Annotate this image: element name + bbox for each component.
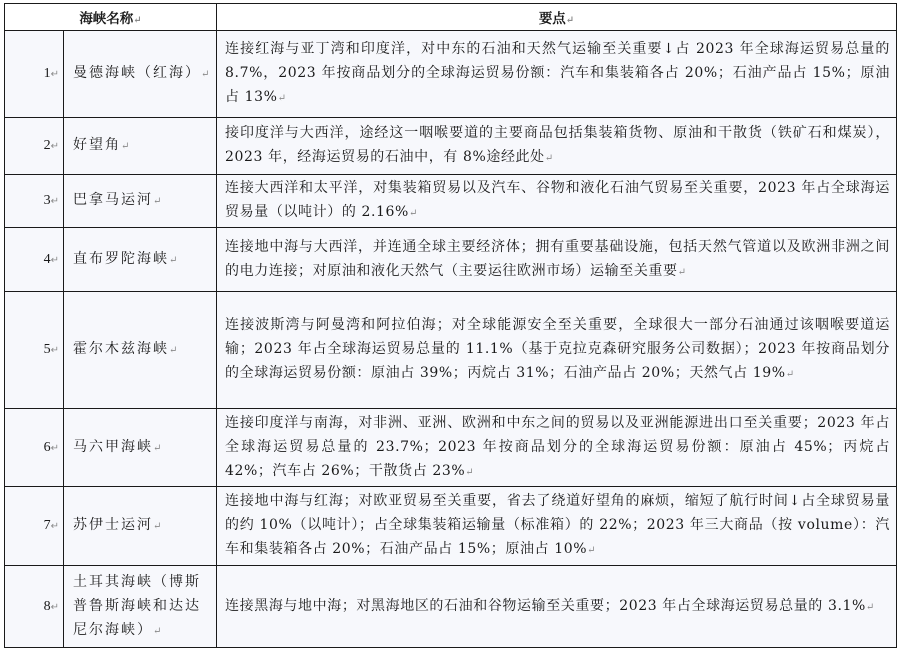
table-row: 5↵ 霍尔木兹海峡↵ 连接波斯湾与阿曼湾和阿拉伯海；对全球能源安全至关重要，全球… (5, 292, 897, 409)
row-index: 2↵ (5, 118, 64, 175)
paragraph-mark-icon: ↵ (587, 545, 595, 556)
key-points-text: 连接黑海与地中海；对黑海地区的石油和谷物运输至关重要；2023 年占全球海运贸易… (225, 598, 866, 614)
header-strait-name: 海峡名称↵ (5, 4, 217, 31)
paragraph-mark-icon: ↵ (51, 443, 59, 454)
strait-name-cell: 曼德海峡（红海）↵ (64, 31, 217, 118)
row-index: 6↵ (5, 409, 64, 487)
strait-name: 直布罗陀海峡 (73, 251, 169, 267)
strait-name: 霍尔木兹海峡 (73, 341, 169, 357)
paragraph-mark-icon: ↵ (51, 345, 59, 356)
row-index: 7↵ (5, 487, 64, 566)
row-index-value: 4 (44, 252, 51, 267)
paragraph-mark-icon: ↵ (866, 602, 874, 613)
strait-name-cell: 直布罗陀海峡↵ (64, 228, 217, 292)
row-index: 5↵ (5, 292, 64, 409)
paragraph-mark-icon: ↵ (51, 521, 59, 532)
table-row: 1↵ 曼德海峡（红海）↵ 连接红海与亚丁湾和印度洋，对中东的石油和天然气运输至关… (5, 31, 897, 118)
table-header-row: 海峡名称↵ 要点↵ (5, 4, 897, 31)
row-index-value: 5 (44, 342, 51, 357)
key-points-text: 连接地中海与红海；对欧亚贸易至关重要，省去了绕道好望角的麻烦，缩短了航行时间↓占… (225, 493, 890, 557)
table-row: 7↵ 苏伊士运河↵ 连接地中海与红海；对欧亚贸易至关重要，省去了绕道好望角的麻烦… (5, 487, 897, 566)
straits-table: 海峡名称↵ 要点↵ 1↵ 曼德海峡（红海）↵ 连接红海与亚丁湾和印度洋，对中东的… (4, 3, 897, 648)
paragraph-mark-icon: ↵ (545, 153, 553, 164)
strait-name: 马六甲海峡 (73, 439, 153, 455)
paragraph-mark-icon: ↵ (133, 15, 141, 26)
key-points-cell: 连接地中海与红海；对欧亚贸易至关重要，省去了绕道好望角的麻烦，缩短了航行时间↓占… (217, 487, 897, 566)
key-points-cell: 连接大西洋和太平洋，对集装箱贸易以及汽车、谷物和液化石油气贸易至关重要，2023… (217, 175, 897, 228)
strait-name: 苏伊士运河 (73, 517, 153, 533)
strait-name-cell: 霍尔木兹海峡↵ (64, 292, 217, 409)
strait-name-cell: 苏伊士运河↵ (64, 487, 217, 566)
paragraph-mark-icon: ↵ (51, 69, 59, 80)
strait-name-cell: 好望角↵ (64, 118, 217, 175)
table-row: 8↵ 土耳其海峡（博斯普鲁斯海峡和达达尼尔海峡）↵ 连接黑海与地中海；对黑海地区… (5, 566, 897, 648)
table-row: 2↵ 好望角↵ 接印度洋与大西洋，途经这一咽喉要道的主要商品包括集装箱货物、原油… (5, 118, 897, 175)
paragraph-mark-icon: ↵ (409, 208, 417, 219)
paragraph-mark-icon: ↵ (153, 196, 161, 207)
key-points-text: 连接大西洋和太平洋，对集装箱贸易以及汽车、谷物和液化石油气贸易至关重要，2023… (225, 180, 890, 220)
paragraph-mark-icon: ↵ (153, 626, 161, 637)
header-strait-name-label: 海峡名称 (79, 11, 133, 27)
paragraph-mark-icon: ↵ (169, 255, 177, 266)
key-points-text: 接印度洋与大西洋，途经这一咽喉要道的主要商品包括集装箱货物、原油和干散货（铁矿石… (225, 125, 890, 165)
header-key-points-label: 要点 (539, 11, 566, 27)
row-index-value: 2 (44, 138, 51, 153)
strait-name-cell: 土耳其海峡（博斯普鲁斯海峡和达达尼尔海峡）↵ (64, 566, 217, 648)
strait-name: 巴拿马运河 (73, 192, 153, 208)
row-index: 3↵ (5, 175, 64, 228)
paragraph-mark-icon: ↵ (786, 369, 794, 380)
key-points-text: 连接地中海与大西洋，并连通全球主要经济体；拥有重要基础设施，包括天然气管道以及欧… (225, 239, 890, 279)
strait-name: 好望角 (73, 137, 121, 153)
table-row: 6↵ 马六甲海峡↵ 连接印度洋与南海，对非洲、亚洲、欧洲和中东之间的贸易以及亚洲… (5, 409, 897, 487)
table-row: 4↵ 直布罗陀海峡↵ 连接地中海与大西洋，并连通全球主要经济体；拥有重要基础设施… (5, 228, 897, 292)
header-key-points: 要点↵ (217, 4, 897, 31)
paragraph-mark-icon: ↵ (153, 521, 161, 532)
paragraph-mark-icon: ↵ (169, 345, 177, 356)
paragraph-mark-icon: ↵ (51, 196, 59, 207)
key-points-text: 连接红海与亚丁湾和印度洋，对中东的石油和天然气运输至关重要↓占 2023 年全球… (225, 41, 890, 105)
paragraph-mark-icon: ↵ (465, 467, 473, 478)
paragraph-mark-icon: ↵ (201, 69, 209, 80)
row-index: 8↵ (5, 566, 64, 648)
strait-name-cell: 巴拿马运河↵ (64, 175, 217, 228)
paragraph-mark-icon: ↵ (51, 141, 59, 152)
strait-name-cell: 马六甲海峡↵ (64, 409, 217, 487)
strait-name: 土耳其海峡（博斯普鲁斯海峡和达达尼尔海峡） (73, 574, 201, 638)
key-points-cell: 连接波斯湾与阿曼湾和阿拉伯海；对全球能源安全至关重要，全球很大一部分石油通过该咽… (217, 292, 897, 409)
key-points-cell: 连接黑海与地中海；对黑海地区的石油和谷物运输至关重要；2023 年占全球海运贸易… (217, 566, 897, 648)
paragraph-mark-icon: ↵ (51, 255, 59, 266)
paragraph-mark-icon: ↵ (678, 267, 686, 278)
row-index: 4↵ (5, 228, 64, 292)
row-index-value: 1 (44, 66, 51, 81)
strait-name: 曼德海峡（红海） (73, 65, 201, 81)
paragraph-mark-icon: ↵ (566, 15, 574, 26)
paragraph-mark-icon: ↵ (153, 443, 161, 454)
table-row: 3↵ 巴拿马运河↵ 连接大西洋和太平洋，对集装箱贸易以及汽车、谷物和液化石油气贸… (5, 175, 897, 228)
row-index-value: 7 (44, 518, 51, 533)
row-index: 1↵ (5, 31, 64, 118)
key-points-cell: 接印度洋与大西洋，途经这一咽喉要道的主要商品包括集装箱货物、原油和干散货（铁矿石… (217, 118, 897, 175)
key-points-cell: 连接地中海与大西洋，并连通全球主要经济体；拥有重要基础设施，包括天然气管道以及欧… (217, 228, 897, 292)
paragraph-mark-icon: ↵ (51, 602, 59, 613)
key-points-cell: 连接红海与亚丁湾和印度洋，对中东的石油和天然气运输至关重要↓占 2023 年全球… (217, 31, 897, 118)
paragraph-mark-icon: ↵ (121, 141, 129, 152)
key-points-cell: 连接印度洋与南海，对非洲、亚洲、欧洲和中东之间的贸易以及亚洲能源进出口至关重要；… (217, 409, 897, 487)
paragraph-mark-icon: ↵ (278, 93, 286, 104)
row-index-value: 3 (44, 193, 51, 208)
key-points-text: 连接印度洋与南海，对非洲、亚洲、欧洲和中东之间的贸易以及亚洲能源进出口至关重要；… (225, 415, 890, 479)
row-index-value: 8 (44, 599, 51, 614)
row-index-value: 6 (44, 440, 51, 455)
